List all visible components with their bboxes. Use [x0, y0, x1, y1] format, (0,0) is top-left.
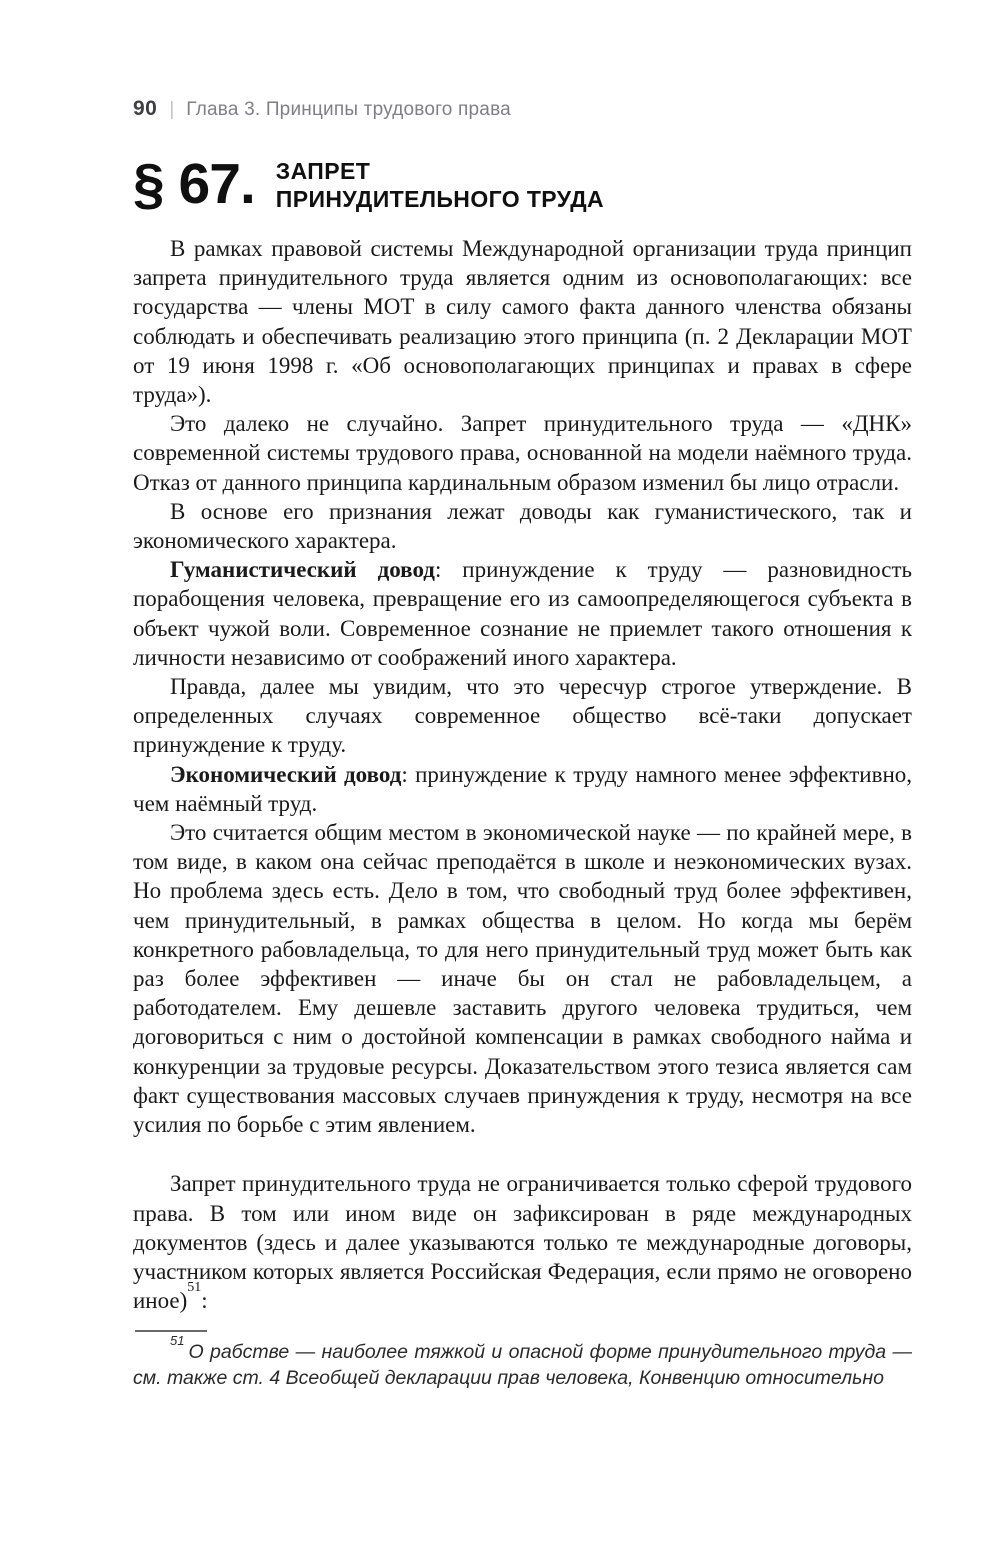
paragraph-4: Гуманистический довод: принуждение к тру…: [133, 555, 912, 672]
section-title-line2: ПРИНУДИТЕЛЬНОГО ТРУДА: [276, 185, 604, 213]
footnote-block: 51О рабстве — наиболее тяжкой и опасной …: [133, 1330, 912, 1391]
body-text: В рамках правовой системы Международной …: [133, 234, 912, 1315]
paragraph-3: В основе его признания лежат доводы как …: [133, 497, 912, 555]
paragraph-4-lead: Гуманистический довод: [170, 557, 435, 582]
paragraph-8-colon: :: [201, 1288, 207, 1313]
header-divider: |: [169, 99, 174, 121]
footnote: 51О рабстве — наиболее тяжкой и опасной …: [133, 1339, 912, 1391]
book-page: 90 | Глава 3. Принципы трудового права §…: [0, 0, 1000, 1552]
footnote-marker: 51: [170, 1333, 188, 1348]
paragraph-1: В рамках правовой системы Международной …: [133, 234, 912, 409]
footnote-text: О рабстве — наиболее тяжкой и опасной фо…: [133, 1341, 912, 1389]
paragraph-5: Правда, далее мы увидим, что это чересчу…: [133, 672, 912, 760]
paragraph-2: Это далеко не случайно. Запрет принудите…: [133, 409, 912, 497]
chapter-title: Глава 3. Принципы трудового права: [186, 99, 511, 121]
paragraph-6: Экономический довод: принуждение к труду…: [133, 760, 912, 818]
page-number: 90: [133, 97, 157, 121]
paragraph-7: Это считается общим местом в экономическ…: [133, 818, 912, 1139]
section-title: ЗАПРЕТ ПРИНУДИТЕЛЬНОГО ТРУДА: [276, 157, 604, 213]
running-header: 90 | Глава 3. Принципы трудового права: [133, 97, 912, 121]
section-title-line1: ЗАПРЕТ: [276, 157, 604, 185]
section-heading: § 67. ЗАПРЕТ ПРИНУДИТЕЛЬНОГО ТРУДА: [133, 153, 912, 215]
paragraph-8: Запрет принудительного труда не ограничи…: [133, 1169, 912, 1315]
footnote-reference-51: 51: [187, 1280, 201, 1295]
paragraph-6-lead: Экономический довод: [170, 762, 401, 787]
section-number: § 67.: [133, 153, 255, 215]
footnote-rule: [135, 1330, 207, 1332]
paragraph-8-text: Запрет принудительного труда не ограничи…: [133, 1171, 912, 1313]
